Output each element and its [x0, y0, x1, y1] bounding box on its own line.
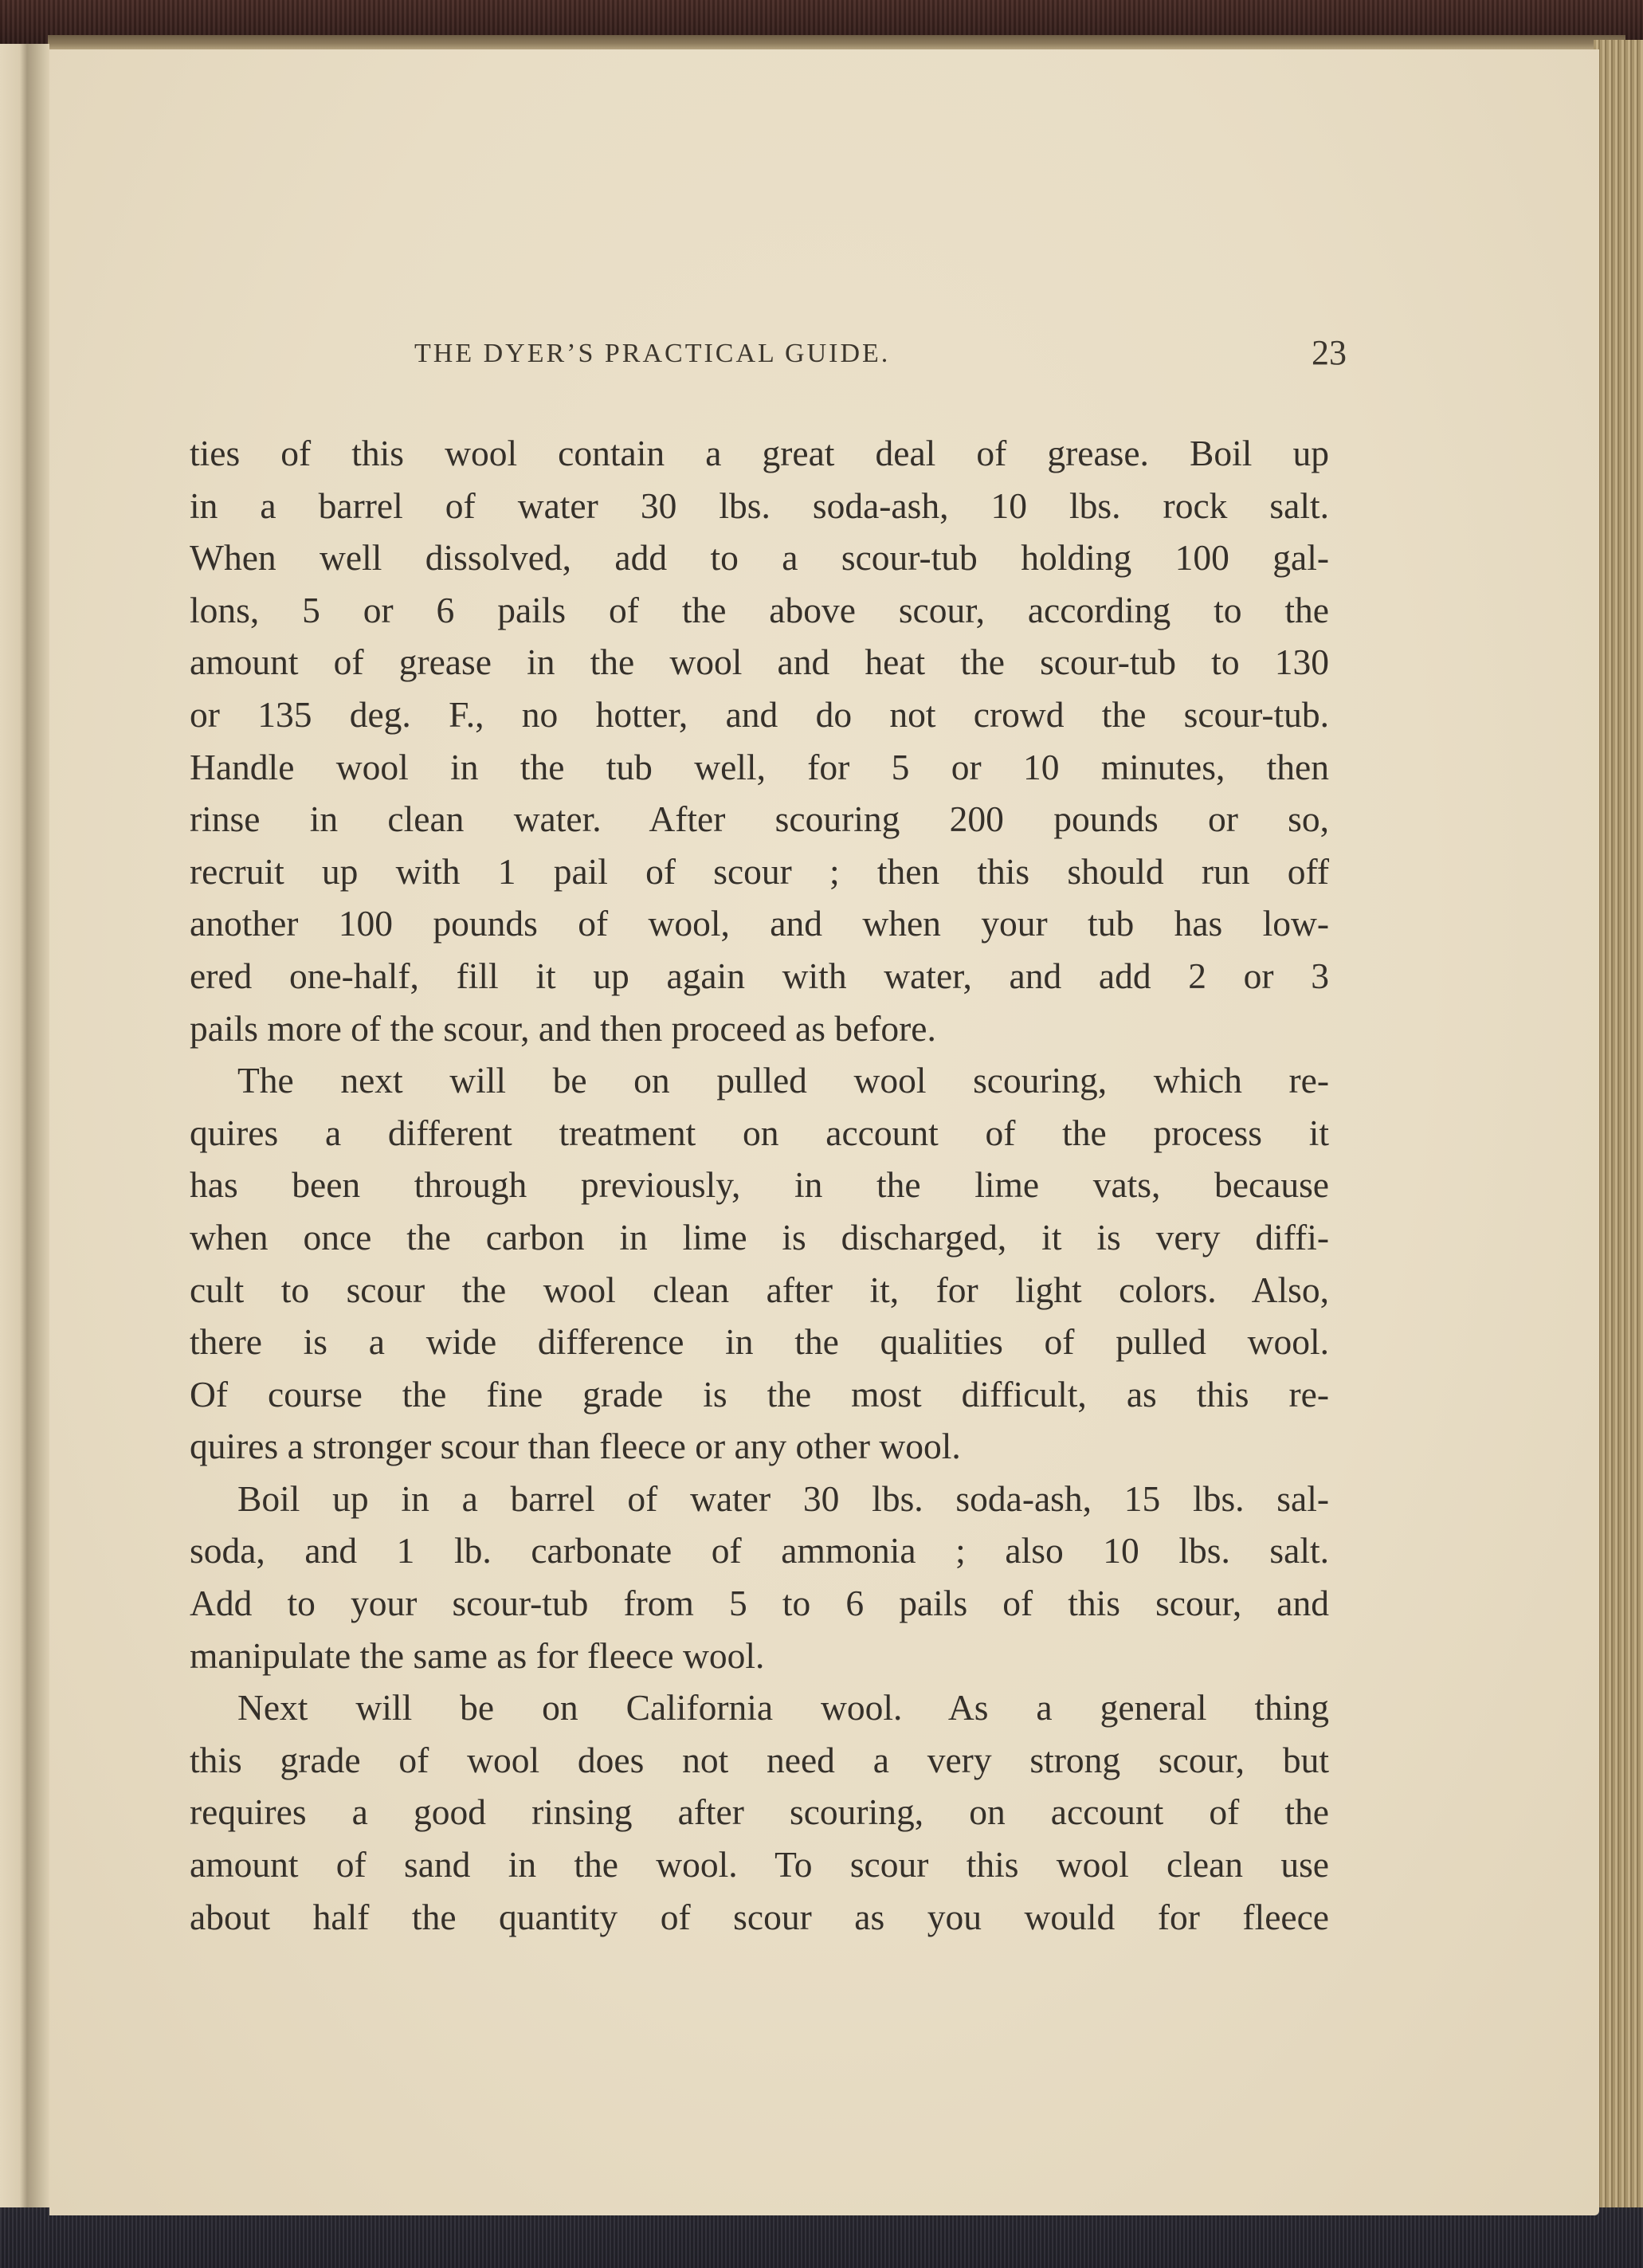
text-line: ties of this wool contain a great deal o…	[190, 427, 1329, 480]
text-line: recruit up with 1 pail of scour ; then t…	[190, 846, 1329, 898]
text-line: Handle wool in the tub well, for 5 or 10…	[190, 741, 1329, 794]
page-stack-right-edge	[1594, 40, 1643, 2215]
text-line: amount of grease in the wool and heat th…	[190, 636, 1329, 689]
text-line: about half the quantity of scour as you …	[190, 1891, 1329, 1944]
text-line: or 135 deg. F., no hotter, and do not cr…	[190, 689, 1329, 741]
text-line: The next will be on pulled wool scouring…	[190, 1054, 1329, 1107]
text-line: has been through previously, in the lime…	[190, 1159, 1329, 1211]
text-line: Add to your scour-tub from 5 to 6 pails …	[190, 1577, 1329, 1630]
gutter-left-edge	[0, 44, 49, 2211]
text-line: rinse in clean water. After scouring 200…	[190, 793, 1329, 846]
text-line: lons, 5 or 6 pails of the above scour, a…	[190, 584, 1329, 637]
page-number: 23	[1312, 332, 1347, 373]
text-line: cult to scour the wool clean after it, f…	[190, 1264, 1329, 1316]
running-head-title: THE DYER’S PRACTICAL GUIDE.	[414, 339, 890, 369]
text-line: this grade of wool does not need a very …	[190, 1734, 1329, 1787]
text-line: ered one-half, fill it up again with wat…	[190, 950, 1329, 1003]
text-line: Next will be on California wool. As a ge…	[190, 1681, 1329, 1734]
text-line: Boil up in a barrel of water 30 lbs. sod…	[190, 1473, 1329, 1525]
page-stack-top-edge	[48, 35, 1625, 49]
paragraph: The next will be on pulled wool scouring…	[190, 1054, 1329, 1473]
text-line: manipulate the same as for fleece wool.	[190, 1630, 1329, 1682]
text-line: amount of sand in the wool. To scour thi…	[190, 1838, 1329, 1891]
text-line: pails more of the scour, and then procee…	[190, 1003, 1329, 1055]
running-head: THE DYER’S PRACTICAL GUIDE. 23	[414, 339, 1347, 387]
text-line: Of course the fine grade is the most dif…	[190, 1368, 1329, 1421]
text-line: When well dissolved, add to a scour-tub …	[190, 532, 1329, 584]
text-line: soda, and 1 lb. carbonate of ammonia ; a…	[190, 1524, 1329, 1577]
paragraph: ties of this wool contain a great deal o…	[190, 427, 1329, 1054]
text-line: another 100 pounds of wool, and when you…	[190, 897, 1329, 950]
text-line: quires a stronger scour than fleece or a…	[190, 1420, 1329, 1473]
text-line: in a barrel of water 30 lbs. soda-ash, 1…	[190, 480, 1329, 532]
body-text: ties of this wool contain a great deal o…	[190, 427, 1329, 1943]
text-line: there is a wide difference in the qualit…	[190, 1316, 1329, 1368]
text-line: requires a good rinsing after scouring, …	[190, 1786, 1329, 1838]
text-line: when once the carbon in lime is discharg…	[190, 1211, 1329, 1264]
book-binding-bottom	[0, 2207, 1643, 2268]
text-line: quires a different treatment on account …	[190, 1107, 1329, 1160]
paragraph: Boil up in a barrel of water 30 lbs. sod…	[190, 1473, 1329, 1681]
paragraph: Next will be on California wool. As a ge…	[190, 1681, 1329, 1943]
